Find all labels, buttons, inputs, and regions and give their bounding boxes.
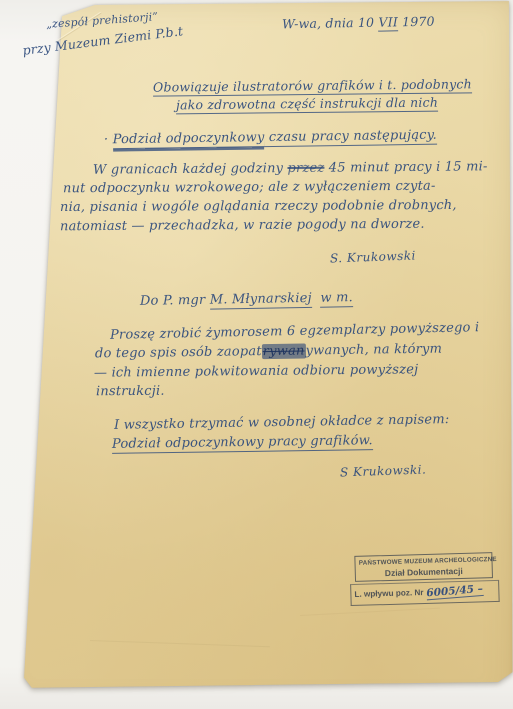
closing-title: Podział odpoczynkowy pracy grafików. <box>112 434 373 453</box>
stamp-entry-label: L. wpływu poz. Nr <box>354 588 423 599</box>
addressee-place: w m. <box>320 290 353 308</box>
heading-line-1: Obowiązuje ilustratorów grafików i t. po… <box>153 77 472 95</box>
subheading: · Podział odpoczynkowy czasu pracy nastę… <box>104 129 437 149</box>
dateline: W-wa, dnia 10 VII 1970 <box>282 15 435 32</box>
signature-text: S Krukowski. <box>340 462 427 479</box>
body-text: W granicach każdej godziny <box>93 161 288 178</box>
addressee-line: Do P. mgr M. Młynarskiej w m. <box>140 291 353 310</box>
heading-text: jako zdrowotna część instrukcji dla nich <box>176 95 438 115</box>
body-line: instrukcji. <box>96 385 165 401</box>
subheading-rest: czasu pracy następujący. <box>264 128 437 147</box>
dateline-year: 1970 <box>398 14 435 30</box>
signature-text: S. Krukowski <box>330 249 416 266</box>
dateline-text: W-wa, dnia 10 <box>282 15 379 32</box>
heading-line-2: jako zdrowotna część instrukcji dla nich <box>176 96 438 113</box>
stamp-entry-number: 6005/45 – <box>426 583 483 600</box>
body-text: nut odpoczynku wzrokowego; ale z wyłącze… <box>63 179 436 197</box>
body-text: natomiast — przechadzka, w razie pogody … <box>60 217 425 235</box>
blotted-word: rywan <box>262 343 306 359</box>
stamp-entry-row: L. wpływu poz. Nr 6005/45 – <box>350 580 500 606</box>
body-line: nut odpoczynku wzrokowego; ale z wyłącze… <box>63 180 436 198</box>
body-text: do tego spis osób zaopat <box>95 344 262 361</box>
stamp-header-box: PAŃSTWOWE MUZEUM ARCHEOLOGICZNE Dział Do… <box>354 552 493 582</box>
stamp-department: Dział Dokumentacji <box>358 565 490 579</box>
body-line: natomiast — przechadzka, w razie pogody … <box>60 218 425 235</box>
heading-text: Obowiązuje ilustratorów grafików i t. po… <box>153 76 472 96</box>
body-text: nia, pisania i wogóle oglądania rzeczy p… <box>60 198 457 215</box>
body-text: ywanych, na którym <box>305 342 442 359</box>
body-text: 45 minut pracy i 15 mi- <box>324 159 487 175</box>
dateline-month: VII <box>378 14 398 31</box>
archive-stamp: PAŃSTWOWE MUZEUM ARCHEOLOGICZNE Dział Do… <box>354 552 493 606</box>
body-text: — ich imienne pokwitowania odbioru powyż… <box>94 362 418 380</box>
struck-word: przez <box>287 161 324 176</box>
body-line: nia, pisania i wogóle oglądania rzeczy p… <box>60 199 457 216</box>
scanned-document: „zespół prehistorji” przy Muzeum Ziemi P… <box>0 0 513 709</box>
addressee-name: M. Młynarskiej <box>210 291 312 310</box>
addressee-prefix: Do P. mgr <box>140 293 210 309</box>
subheading-emphasis: Podział odpoczynkowy <box>113 130 265 149</box>
closing-title-text: Podział odpoczynkowy pracy grafików. <box>112 433 373 454</box>
body-text: instrukcji. <box>96 384 165 400</box>
subheading-lead: · <box>104 132 113 147</box>
